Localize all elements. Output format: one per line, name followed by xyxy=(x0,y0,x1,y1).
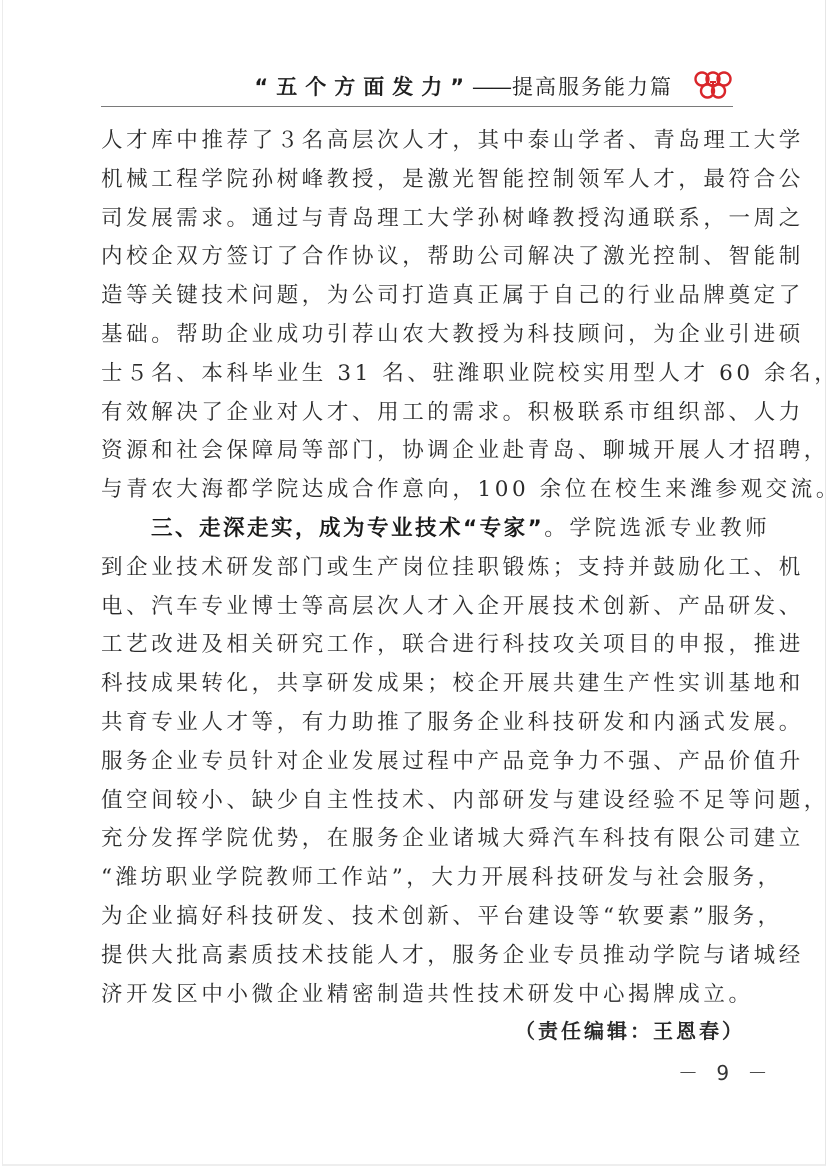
red-interlocking-rings-logo-icon xyxy=(693,70,733,102)
section-heading: 三、走深走实，成为专业技术“专家” xyxy=(151,516,544,541)
body-line: 资源和社会保障局等部门，协调企业赴青岛、聊城开展人才招聘， xyxy=(101,432,735,471)
document-page: “五个方面发力”——提高服务能力篇 人才库中推荐了３名高层次人才，其中泰 xyxy=(2,0,826,1166)
page-number: － 9 － xyxy=(678,1060,773,1086)
body-line: 工艺改进及相关研究工作，联合进行科技攻关项目的申报，推进 xyxy=(101,626,735,665)
body-line: 值空间较小、缺少自主性技术、内部研发与建设经验不足等问题， xyxy=(101,782,735,821)
body-line: 与青农大海都学院达成合作意向，100 余位在校生来潍参观交流。 xyxy=(101,471,735,510)
body-line: 有效解决了企业对人才、用工的需求。积极联系市组织部、人力 xyxy=(101,394,735,433)
body-line: 为企业搞好科技研发、技术创新、平台建设等“软要素”服务， xyxy=(101,898,735,937)
series-title: “五个方面发力” xyxy=(254,75,472,99)
editor-credit: （责任编辑：王恩春） xyxy=(515,1016,745,1046)
body-line: 充分发挥学院优势，在服务企业诸城大舜汽车科技有限公司建立 xyxy=(101,820,735,859)
body-line: “潍坊职业学院教师工作站”，大力开展科技研发与社会服务， xyxy=(101,859,735,898)
body-line: 到企业技术研发部门或生产岗位挂职锻炼；支持并鼓励化工、机 xyxy=(101,549,735,588)
title-dash: —— xyxy=(472,75,510,99)
body-line: 提供大批高素质技术技能人才，服务企业专员推动学院与诸城经 xyxy=(101,937,735,976)
section-heading-tail: 。学院选派专业教师 xyxy=(544,516,770,541)
body-line: 科技成果转化，共享研发成果；校企开展共建生产性实训基地和 xyxy=(101,665,735,704)
body-line: 共育专业人才等，有力助推了服务企业科技研发和内涵式发展。 xyxy=(101,704,735,743)
body-line: 基础。帮助企业成功引荐山农大教授为科技顾问，为企业引进硕 xyxy=(101,316,735,355)
section-heading-line: 三、走深走实，成为专业技术“专家”。学院选派专业教师 xyxy=(101,510,735,549)
body-line: 服务企业专员针对企业发展过程中产品竞争力不强、产品价值升 xyxy=(101,743,735,782)
body-line: 造等关键技术问题，为公司打造真正属于自己的行业品牌奠定了 xyxy=(101,277,735,316)
body-line: 司发展需求。通过与青岛理工大学孙树峰教授沟通联系，一周之 xyxy=(101,200,735,239)
body-line: 电、汽车专业博士等高层次人才入企开展技术创新、产品研发、 xyxy=(101,588,735,627)
body-line: 士５名、本科毕业生 31 名、驻潍职业院校实用型人才 60 余名， xyxy=(101,355,735,394)
header-title: “五个方面发力”——提高服务能力篇 xyxy=(254,74,673,100)
body-line: 内校企双方签订了合作协议，帮助公司解决了激光控制、智能制 xyxy=(101,238,735,277)
running-header: “五个方面发力”——提高服务能力篇 xyxy=(101,68,733,107)
article-body: 人才库中推荐了３名高层次人才，其中泰山学者、青岛理工大学 机械工程学院孙树峰教授… xyxy=(101,122,735,1014)
body-line: 机械工程学院孙树峰教授，是激光智能控制领军人才，最符合公 xyxy=(101,161,735,200)
chapter-title: 提高服务能力篇 xyxy=(512,75,673,99)
body-line: 济开发区中小微企业精密制造共性技术研发中心揭牌成立。 xyxy=(101,976,735,1015)
body-line: 人才库中推荐了３名高层次人才，其中泰山学者、青岛理工大学 xyxy=(101,122,735,161)
